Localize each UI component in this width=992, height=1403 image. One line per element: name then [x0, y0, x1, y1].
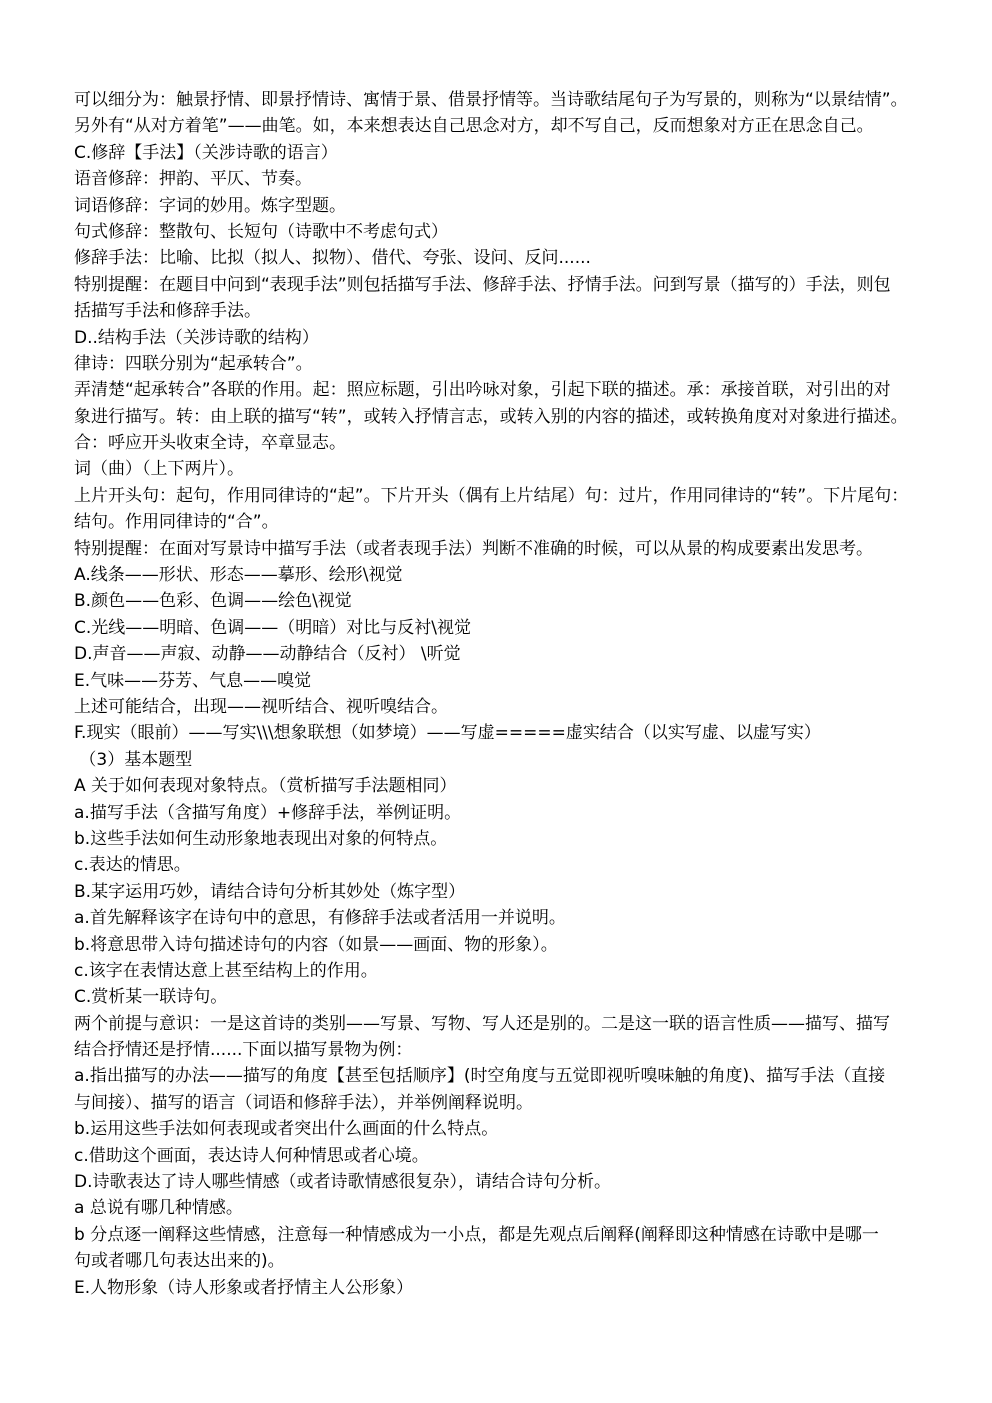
text-line: A 关于如何表现对象特点。（赏析描写手法题相同）	[74, 773, 926, 799]
text-line: C.修辞【手法】（关涉诗歌的语言）	[74, 140, 926, 166]
text-line: 特别提醒：在面对写景诗中描写手法（或者表现手法）判断不准确的时候，可以从景的构成…	[74, 536, 926, 562]
text-line: 括描写手法和修辞手法。	[74, 298, 926, 324]
text-line: D..结构手法（关涉诗歌的结构）	[74, 325, 926, 351]
text-line: b.这些手法如何生动形象地表现出对象的何特点。	[74, 826, 926, 852]
text-line: 语音修辞：押韵、平仄、节奏。	[74, 166, 926, 192]
text-line: D.声音——声寂、动静——动静结合（反衬） \听觉	[74, 641, 926, 667]
text-line: F.现实（眼前）——写实\\\想象联想（如梦境）——写虚=====虚实结合（以实…	[74, 720, 926, 746]
text-line: 句或者哪几句表达出来的)。	[74, 1248, 926, 1274]
text-line: 词语修辞：字词的妙用。炼字型题。	[74, 193, 926, 219]
text-line: 上片开头句：起句，作用同律诗的“起”。下片开头（偶有上片结尾）句：过片，作用同律…	[74, 483, 926, 509]
text-line: 另外有“从对方着笔”——曲笔。如，本来想表达自己思念对方，却不写自己，反而想象对…	[74, 113, 926, 139]
text-line: 可以细分为：触景抒情、即景抒情诗、寓情于景、借景抒情等。当诗歌结尾句子为写景的，…	[74, 87, 926, 113]
text-line: c.该字在表情达意上甚至结构上的作用。	[74, 958, 926, 984]
text-line: c.表达的情思。	[74, 852, 926, 878]
text-line: b.运用这些手法如何表现或者突出什么画面的什么特点。	[74, 1116, 926, 1142]
text-line: a.指出描写的办法——描写的角度【甚至包括顺序】(时空角度与五觉即视听嗅味触的角…	[74, 1063, 926, 1089]
text-line: 象进行描写。转：由上联的描写“转”，或转入抒情言志，或转入别的内容的描述，或转换…	[74, 404, 926, 430]
text-line: 句式修辞：整散句、长短句（诗歌中不考虑句式）	[74, 219, 926, 245]
text-line: D.诗歌表达了诗人哪些情感（或者诗歌情感很复杂），请结合诗句分析。	[74, 1169, 926, 1195]
text-line: b.将意思带入诗句描述诗句的内容（如景——画面、物的形象）。	[74, 932, 926, 958]
text-line: （3）基本题型	[74, 747, 926, 773]
text-line: 合：呼应开头收束全诗，卒章显志。	[74, 430, 926, 456]
text-line: 结句。作用同律诗的“合”。	[74, 509, 926, 535]
text-line: 词（曲）（上下两片）。	[74, 456, 926, 482]
text-line: B.颜色——色彩、色调——绘色\视觉	[74, 588, 926, 614]
document-body: 可以细分为：触景抒情、即景抒情诗、寓情于景、借景抒情等。当诗歌结尾句子为写景的，…	[74, 87, 926, 1301]
text-line: 结合抒情还是抒情......下面以描写景物为例：	[74, 1037, 926, 1063]
document-page: 可以细分为：触景抒情、即景抒情诗、寓情于景、借景抒情等。当诗歌结尾句子为写景的，…	[0, 0, 992, 1403]
text-line: 律诗：四联分别为“起承转合”。	[74, 351, 926, 377]
text-line: a.首先解释该字在诗句中的意思，有修辞手法或者活用一并说明。	[74, 905, 926, 931]
text-line: E.人物形象（诗人形象或者抒情主人公形象）	[74, 1275, 926, 1301]
text-line: B.某字运用巧妙，请结合诗句分析其妙处（炼字型）	[74, 879, 926, 905]
text-line: E.气味——芬芳、气息——嗅觉	[74, 668, 926, 694]
text-line: 上述可能结合，出现——视听结合、视听嗅结合。	[74, 694, 926, 720]
text-line: b 分点逐一阐释这些情感，注意每一种情感成为一小点，都是先观点后阐释(阐释即这种…	[74, 1222, 926, 1248]
text-line: 弄清楚“起承转合”各联的作用。起：照应标题，引出吟咏对象，引起下联的描述。承：承…	[74, 377, 926, 403]
text-line: a 总说有哪几种情感。	[74, 1195, 926, 1221]
text-line: 两个前提与意识：一是这首诗的类别——写景、写物、写人还是别的。二是这一联的语言性…	[74, 1011, 926, 1037]
text-line: C.赏析某一联诗句。	[74, 984, 926, 1010]
text-line: C.光线——明暗、色调——（明暗）对比与反衬\视觉	[74, 615, 926, 641]
text-line: 特别提醒：在题目中问到“表现手法”则包括描写手法、修辞手法、抒情手法。问到写景（…	[74, 272, 926, 298]
text-line: A.线条——形状、形态——摹形、绘形\视觉	[74, 562, 926, 588]
text-line: a.描写手法（含描写角度）+修辞手法，举例证明。	[74, 800, 926, 826]
text-line: 修辞手法：比喻、比拟（拟人、拟物）、借代、夸张、设问、反问......	[74, 245, 926, 271]
text-line: 与间接）、描写的语言（词语和修辞手法），并举例阐释说明。	[74, 1090, 926, 1116]
text-line: c.借助这个画面，表达诗人何种情思或者心境。	[74, 1143, 926, 1169]
